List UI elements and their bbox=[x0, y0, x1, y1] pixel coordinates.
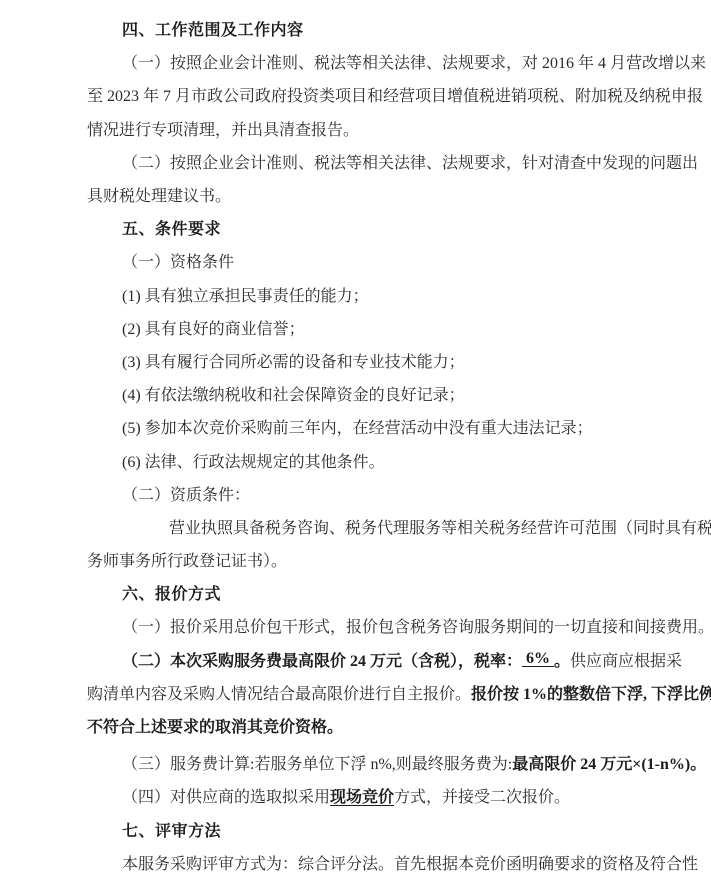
qualification-item-5-run-1: (5) 参加本次竞价采购前三年内，在经营活动中没有重大违法记录； bbox=[122, 415, 593, 438]
para-4-2-line-1: （二）按照企业会计准则、税法等相关法律、法规要求，针对清查中发现的问题出 bbox=[87, 145, 693, 178]
para-4-1-line-1-run-1: （一）按照企业会计准则、税法等相关法律、法规要求，对 2016 年 4 月营改增… bbox=[122, 50, 706, 73]
para-4-2-line-2-run-1: 具财税处理建议书。 bbox=[87, 183, 231, 206]
para-6-3-line-1-run-2: 最高限价 24 万元×(1-n%)。 bbox=[512, 751, 706, 774]
para-5-1-title: （一）资格条件 bbox=[87, 244, 693, 277]
para-5-2-line-2: 务师事务所行政登记证书）。 bbox=[87, 543, 693, 576]
section-6-heading-run-1: 六、报价方式 bbox=[122, 581, 221, 604]
document-page: 四、工作范围及工作内容（一）按照企业会计准则、税法等相关法律、法规要求，对 20… bbox=[0, 0, 711, 877]
para-6-2-line-3-run-1: 不符合上述要求的取消其竞价资格。 bbox=[87, 714, 343, 737]
para-6-2-line-1-run-3: 。 bbox=[554, 648, 570, 671]
para-6-3-line-1: （三）服务费计算:若服务单位下浮 n%,则最终服务费为:最高限价 24 万元×(… bbox=[87, 746, 693, 779]
qualification-item-2: (2) 具有良好的商业信誉； bbox=[87, 311, 693, 344]
qualification-item-6: (6) 法律、行政法规规定的其他条件。 bbox=[87, 443, 693, 476]
para-4-2-line-2: 具财税处理建议书。 bbox=[87, 178, 693, 211]
para-4-1-line-2-run-1: 至 2023 年 7 月市政公司政府投资类项目和经营项目增值税进销项税、附加税及… bbox=[87, 83, 703, 106]
para-6-2-line-2: 购清单内容及采购人情况结合最高限价进行自主报价。报价按 1%的整数倍下浮, 下浮… bbox=[87, 676, 693, 709]
section-7-heading-run-1: 七、评审方法 bbox=[122, 818, 221, 841]
para-6-4-line-1-run-2: 现场竞价 bbox=[330, 784, 394, 807]
section-6-heading: 六、报价方式 bbox=[87, 576, 693, 609]
para-4-1-line-3: 情况进行专项清理，并出具清查报告。 bbox=[87, 112, 693, 145]
section-5-heading-run-1: 五、条件要求 bbox=[122, 216, 221, 239]
qualification-item-2-run-1: (2) 具有良好的商业信誉； bbox=[122, 316, 305, 339]
para-5-2-title: （二）资质条件： bbox=[87, 477, 693, 510]
qualification-item-3-run-1: (3) 具有履行合同所必需的设备和专业技术能力； bbox=[122, 349, 465, 372]
para-6-2-line-2-run-2: 报价按 1%的整数倍下浮, 下浮比例 bbox=[471, 681, 711, 704]
para-7-line-1: 本服务采购评审方式为：综合评分法。首先根据本竞价函明确要求的资格及符合性 bbox=[87, 846, 693, 877]
para-6-2-line-1-run-4: 供应商应根据采 bbox=[570, 648, 682, 671]
para-6-2-line-2-run-1: 购清单内容及采购人情况结合最高限价进行自主报价。 bbox=[87, 681, 471, 704]
para-6-1-line-1: （一）报价采用总价包干形式，报价包含税务咨询服务期间的一切直接和间接费用。 bbox=[87, 609, 693, 642]
para-5-2-line-2-run-1: 务师事务所行政登记证书）。 bbox=[87, 548, 287, 571]
qualification-item-6-run-1: (6) 法律、行政法规规定的其他条件。 bbox=[122, 449, 385, 472]
section-5-heading: 五、条件要求 bbox=[87, 211, 693, 244]
para-5-2-line-1-run-1: 营业执照具备税务咨询、税务代理服务等相关税务经营许可范围（同时具有税 bbox=[169, 515, 711, 538]
section-4-heading: 四、工作范围及工作内容 bbox=[87, 12, 693, 45]
para-4-1-line-3-run-1: 情况进行专项清理，并出具清查报告。 bbox=[87, 117, 359, 140]
qualification-item-5: (5) 参加本次竞价采购前三年内，在经营活动中没有重大违法记录； bbox=[87, 410, 693, 443]
para-6-1-line-1-run-1: （一）报价采用总价包干形式，报价包含税务咨询服务期间的一切直接和间接费用。 bbox=[122, 614, 711, 637]
para-6-4-line-1-run-3: 方式，并接受二次报价。 bbox=[394, 784, 570, 807]
para-6-2-line-3: 不符合上述要求的取消其竞价资格。 bbox=[87, 709, 693, 742]
para-6-2-line-1-run-2: 6% bbox=[522, 650, 554, 668]
qualification-item-1: (1) 具有独立承担民事责任的能力； bbox=[87, 278, 693, 311]
para-6-4-line-1: （四）对供应商的选取拟采用现场竞价方式，并接受二次报价。 bbox=[87, 779, 693, 812]
para-4-1-line-1: （一）按照企业会计准则、税法等相关法律、法规要求，对 2016 年 4 月营改增… bbox=[87, 45, 693, 78]
para-5-2-title-run-1: （二）资质条件： bbox=[122, 482, 250, 505]
para-4-2-line-1-run-1: （二）按照企业会计准则、税法等相关法律、法规要求，针对清查中发现的问题出 bbox=[122, 150, 698, 173]
qualification-item-1-run-1: (1) 具有独立承担民事责任的能力； bbox=[122, 283, 369, 306]
para-6-2-line-1: （二）本次采购服务费最高限价 24 万元（含税），税率： 6% 。供应商应根据采 bbox=[87, 643, 693, 676]
qualification-item-4: (4) 有依法缴纳税收和社会保障资金的良好记录； bbox=[87, 377, 693, 410]
qualification-item-3: (3) 具有履行合同所必需的设备和专业技术能力； bbox=[87, 344, 693, 377]
section-4-heading-run-1: 四、工作范围及工作内容 bbox=[122, 17, 304, 40]
para-6-2-line-1-run-1: （二）本次采购服务费最高限价 24 万元（含税），税率： bbox=[122, 648, 522, 671]
para-5-1-title-run-1: （一）资格条件 bbox=[122, 249, 234, 272]
para-6-3-line-1-run-1: （三）服务费计算:若服务单位下浮 n%,则最终服务费为: bbox=[122, 751, 512, 774]
section-7-heading: 七、评审方法 bbox=[87, 813, 693, 846]
para-4-1-line-2: 至 2023 年 7 月市政公司政府投资类项目和经营项目增值税进销项税、附加税及… bbox=[87, 78, 693, 111]
para-7-line-1-run-1: 本服务采购评审方式为：综合评分法。首先根据本竞价函明确要求的资格及符合性 bbox=[122, 851, 698, 874]
qualification-item-4-run-1: (4) 有依法缴纳税收和社会保障资金的良好记录； bbox=[122, 382, 465, 405]
para-6-4-line-1-run-1: （四）对供应商的选取拟采用 bbox=[122, 784, 330, 807]
para-5-2-line-1: 营业执照具备税务咨询、税务代理服务等相关税务经营许可范围（同时具有税 bbox=[87, 510, 693, 543]
